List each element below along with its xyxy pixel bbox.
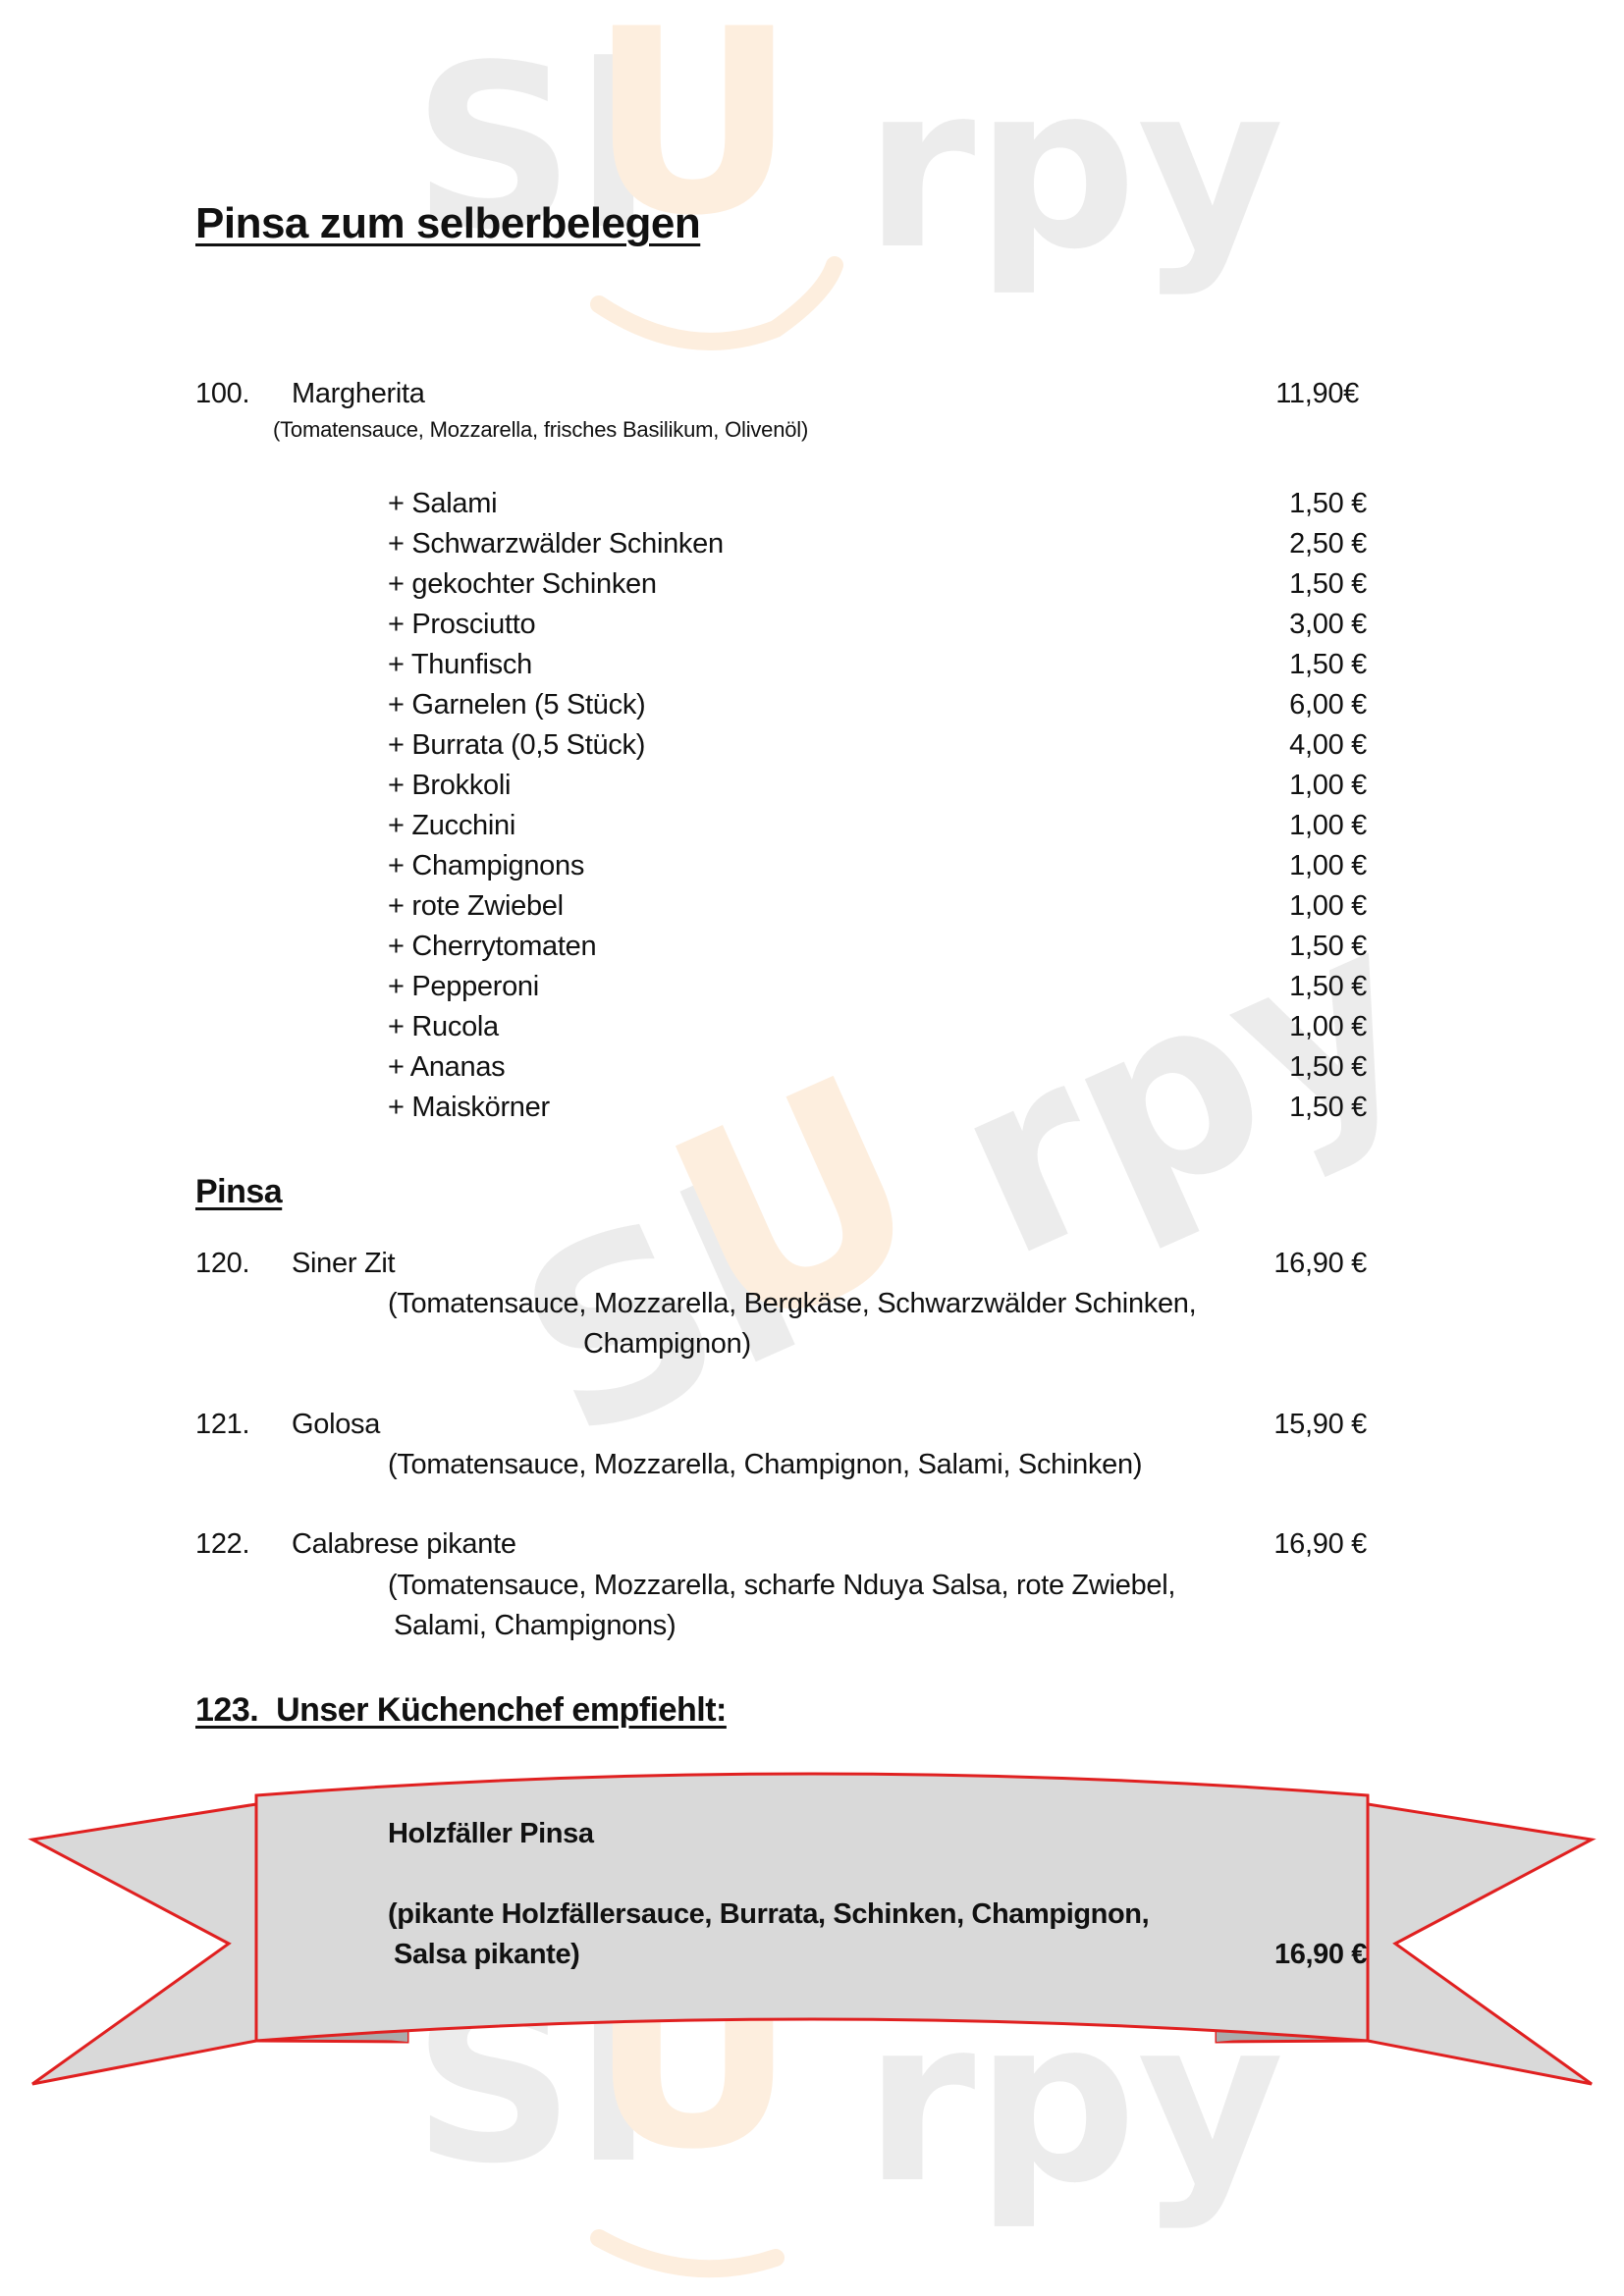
- special-price: 16,90 €: [1274, 1939, 1367, 1971]
- special-description-line: Salsa pikante): [394, 1939, 579, 1971]
- ribbon-left-tail: [32, 1804, 256, 2084]
- special-description-line: (pikante Holzfällersauce, Burrata, Schin…: [388, 1898, 1149, 1931]
- special-name: Holzfäller Pinsa: [388, 1818, 594, 1850]
- ribbon-right-tail: [1368, 1804, 1592, 2084]
- ribbon-banner: [0, 0, 1624, 2296]
